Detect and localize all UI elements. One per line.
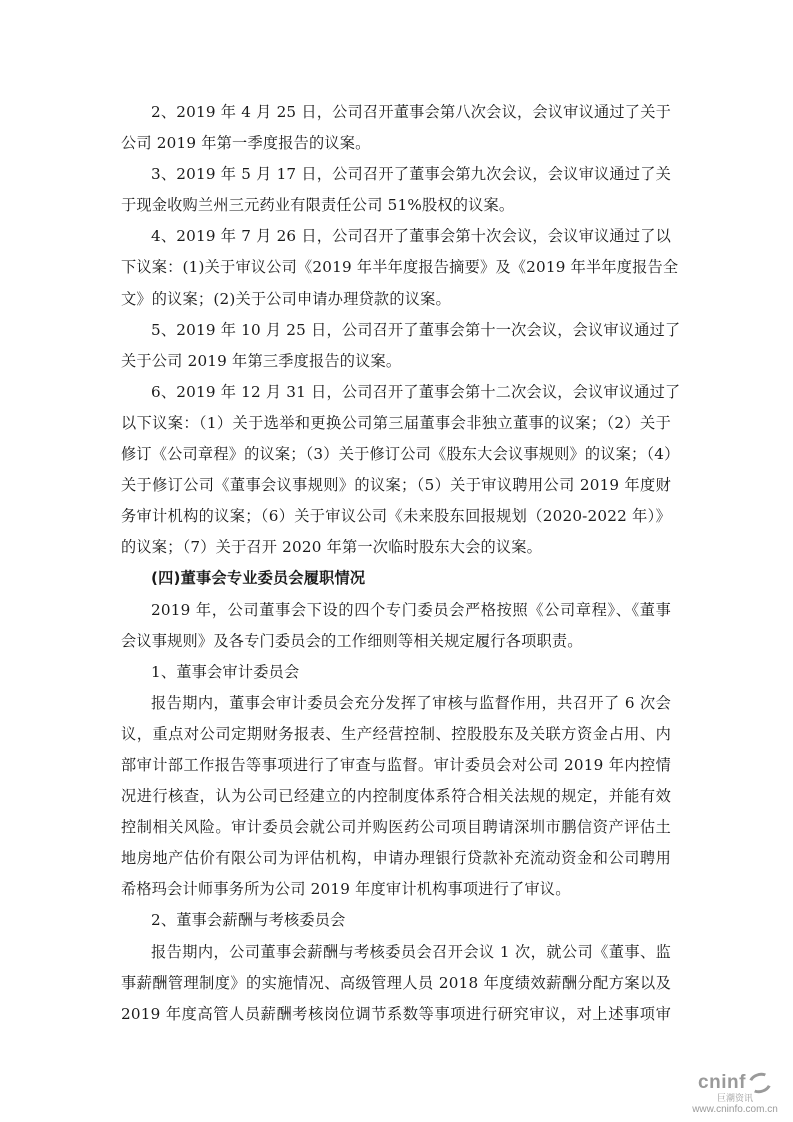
cninfo-logo: cninf <box>685 1073 785 1093</box>
text-line: 文》的议案；(2)关于公司申请办理贷款的议案。 <box>121 284 671 315</box>
section-heading: (四)董事会专业委员会履职情况 <box>121 563 671 594</box>
text-line: 4、2019 年 7 月 26 日，公司召开了董事会第十次会议，会议审议通过了以 <box>121 221 671 252</box>
text-line: 议，重点对公司定期财务报表、生产经营控制、控股股东及关联方资金占用、内 <box>121 719 671 750</box>
cninfo-url: www.cninfo.com.cn <box>685 1104 785 1116</box>
meeting-list: 2、2019 年 4 月 25 日，公司召开董事会第八次会议，会议审议通过了关于… <box>121 97 671 563</box>
text-line: 关于公司 2019 年第三季度报告的议案。 <box>121 346 671 377</box>
text-line: 2、董事会薪酬与考核委员会 <box>121 905 671 936</box>
text-line: 5、2019 年 10 月 25 日，公司召开了董事会第十一次会议，会议审议通过… <box>121 315 671 346</box>
text-line: 控制相关风险。审计委员会就公司并购医药公司项目聘请深圳市鹏信资产评估土 <box>121 812 671 843</box>
committee-section: 2019 年，公司董事会下设的四个专门委员会严格按照《公司章程》、《董事会议事规… <box>121 595 671 1030</box>
text-line: 2、2019 年 4 月 25 日，公司召开董事会第八次会议，会议审议通过了关于 <box>121 97 671 128</box>
text-line: 以下议案：（1）关于选举和更换公司第三届董事会非独立董事的议案；（2）关于 <box>121 408 671 439</box>
text-line: 3、2019 年 5 月 17 日，公司召开了董事会第九次会议，会议审议通过了关 <box>121 159 671 190</box>
text-line: 修订《公司章程》的议案；（3）关于修订公司《股东大会议事规则》的议案；（4） <box>121 439 671 470</box>
text-line: 会议事规则》及各专门委员会的工作细则等相关规定履行各项职责。 <box>121 626 671 657</box>
text-line: 希格玛会计师事务所为公司 2019 年度审计机构事项进行了审议。 <box>121 874 671 905</box>
text-line: 部审计部工作报告等事项进行了审查与监督。审计委员会对公司 2019 年内控情 <box>121 750 671 781</box>
document-page: 2、2019 年 4 月 25 日，公司召开董事会第八次会议，会议审议通过了关于… <box>121 97 671 1030</box>
cninfo-chinese-name: 巨潮资讯 <box>685 1093 785 1104</box>
text-line: 报告期内，董事会审计委员会充分发挥了审核与监督作用，共召开了 6 次会 <box>121 688 671 719</box>
text-line: 2019 年度高管人员薪酬考核岗位调节系数等事项进行研究审议，对上述事项审 <box>121 999 671 1030</box>
text-line: 1、董事会审计委员会 <box>121 657 671 688</box>
text-line: 下议案：(1)关于审议公司《2019 年半年度报告摘要》及《2019 年半年度报… <box>121 252 671 283</box>
text-line: 于现金收购兰州三元药业有限责任公司 51%股权的议案。 <box>121 190 671 221</box>
text-line: 地房地产估价有限公司为评估机构，申请办理银行贷款补充流动资金和公司聘用 <box>121 843 671 874</box>
text-line: 报告期内，公司董事会薪酬与考核委员会召开会议 1 次，就公司《董事、监 <box>121 937 671 968</box>
text-line: 的议案；（7）关于召开 2020 年第一次临时股东大会的议案。 <box>121 532 671 563</box>
text-line: 关于修订公司《董事会议事规则》的议案；（5）关于审议聘用公司 2019 年度财 <box>121 470 671 501</box>
text-line: 公司 2019 年第一季度报告的议案。 <box>121 128 671 159</box>
text-line: 务审计机构的议案；（6）关于审议公司《未来股东回报规划（2020-2022 年）… <box>121 501 671 532</box>
text-line: 事薪酬管理制度》的实施情况、高级管理人员 2018 年度绩效薪酬分配方案以及 <box>121 968 671 999</box>
cninfo-watermark: cninf 巨潮资讯 www.cninfo.com.cn <box>685 1073 785 1116</box>
text-line: 况进行核查，认为公司已经建立的内控制度体系符合相关法规的规定，并能有效 <box>121 781 671 812</box>
text-line: 6、2019 年 12 月 31 日，公司召开了董事会第十二次会议，会议审议通过… <box>121 377 671 408</box>
text-line: 2019 年，公司董事会下设的四个专门委员会严格按照《公司章程》、《董事 <box>121 595 671 626</box>
